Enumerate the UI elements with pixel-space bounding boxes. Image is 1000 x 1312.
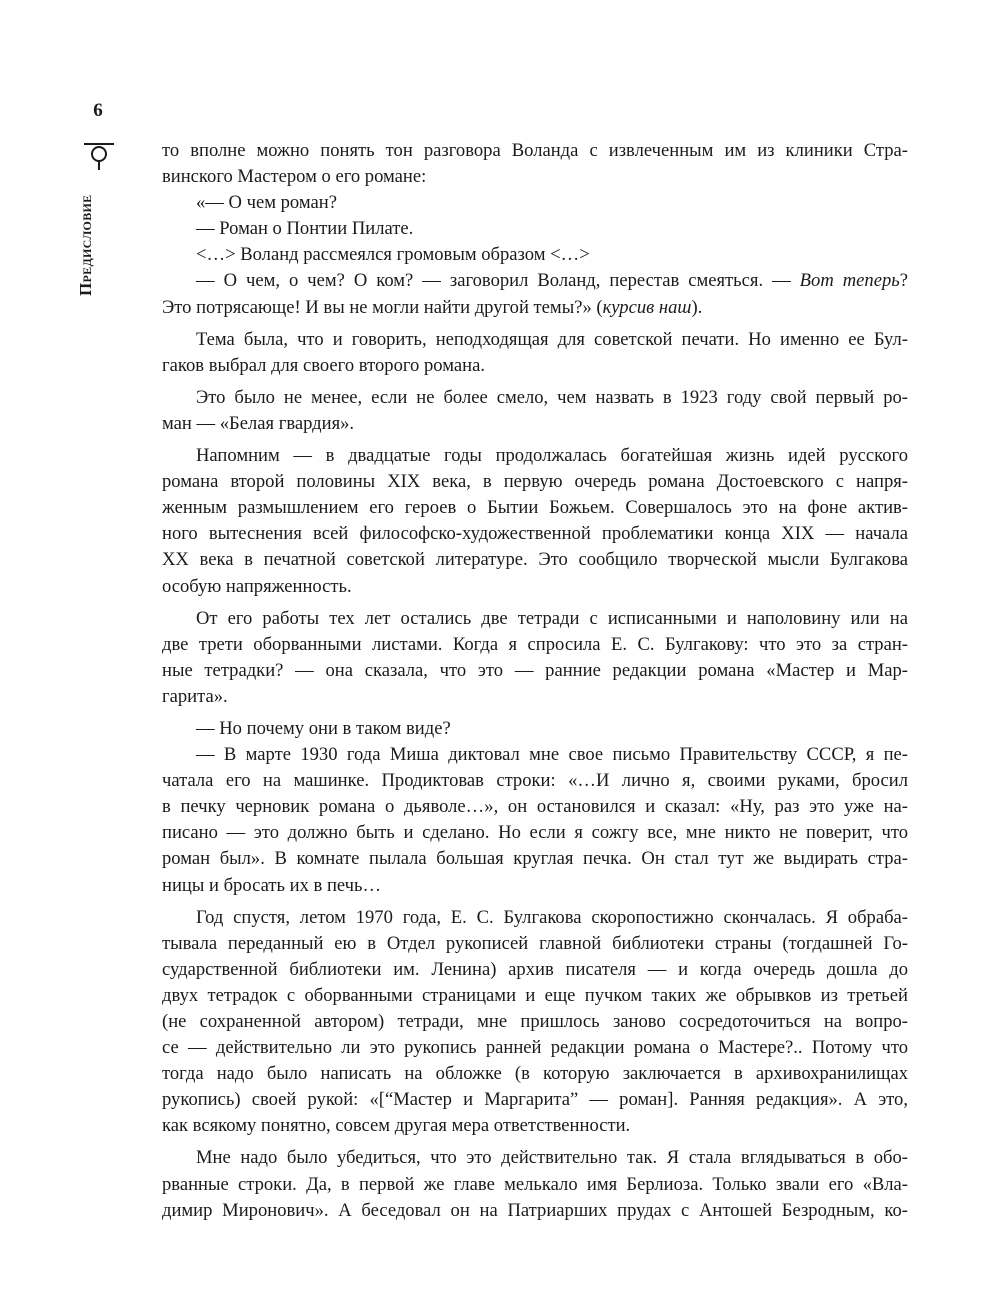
text-line: се — действительно ли это рукопись ранне… — [162, 1035, 908, 1061]
text-line: — Но почему они в таком виде? — [162, 716, 908, 742]
text-line: димир Миронович». А беседовал он на Патр… — [162, 1198, 908, 1224]
paragraph: — В марте 1930 года Миша диктовал мне св… — [162, 742, 908, 899]
text-line: (не сохраненной автором) тетради, мне пр… — [162, 1009, 908, 1035]
text-line: ман — «Белая гвардия». — [162, 411, 908, 437]
text-line: ного вытеснения всей философско-художест… — [162, 521, 908, 547]
text-line: Напомним — в двадцатые годы продолжалась… — [162, 443, 908, 469]
text-line: — В марте 1930 года Миша диктовал мне св… — [162, 742, 908, 768]
text-line: винского Мастером о его романе: — [162, 164, 908, 190]
text-line: — О чем, о чем? О ком? — заговорил Волан… — [162, 268, 908, 294]
text-line: рукопись) своей рукой: «[“Мастер и Марга… — [162, 1087, 908, 1113]
text-line: особую напряженность. — [162, 574, 908, 600]
running-head: Предисловие — [76, 195, 96, 296]
text-line: тывала переданный ею в Отдел рукописей г… — [162, 931, 908, 957]
text-line: ные тетрадки? — она сказала, что это — р… — [162, 658, 908, 684]
text-line: писано — это должно быть и сделано. Но е… — [162, 820, 908, 846]
text-line: Мне надо было убедиться, что это действи… — [162, 1145, 908, 1171]
paragraph: Это было не менее, если не более смело, … — [162, 385, 908, 437]
text-line: как всякому понятно, совсем другая мера … — [162, 1113, 908, 1139]
text-line: «— О чем роман? — [162, 190, 908, 216]
text-line: — Роман о Понтии Пилате. — [162, 216, 908, 242]
text-line: романа второй половины XIX века, в перву… — [162, 469, 908, 495]
text-line: Год спустя, летом 1970 года, Е. С. Булга… — [162, 905, 908, 931]
text-line: две трети оборванными листами. Когда я с… — [162, 632, 908, 658]
text-line: сударственной библиотеки им. Ленина) арх… — [162, 957, 908, 983]
italic-emphasis: курсив наш — [603, 297, 692, 318]
page-number: 6 — [88, 100, 108, 122]
text-line: гаков выбрал для своего второго романа. — [162, 353, 908, 379]
text-line: то вполне можно понять тон разговора Вол… — [162, 138, 908, 164]
text-line: <…> Воланд рассмеялся громовым образом <… — [162, 242, 908, 268]
text-line: XX века в печатной советской литературе.… — [162, 547, 908, 573]
text-line: в печку черновик романа о дьяволе…», он … — [162, 794, 908, 820]
paragraph: — Но почему они в таком виде? — [162, 716, 908, 742]
text-line: чатала его на машинке. Продиктовав строк… — [162, 768, 908, 794]
paragraph: Мне надо было убедиться, что это действи… — [162, 1145, 908, 1223]
text-line: женным размышлением его героев о Бытии Б… — [162, 495, 908, 521]
body-text: то вполне можно понять тон разговора Вол… — [162, 138, 908, 1224]
circle-on-stem-ornament-icon — [82, 140, 116, 180]
paragraph: Напомним — в двадцатые годы продолжалась… — [162, 443, 908, 600]
paragraph: — О чем, о чем? О ком? — заговорил Волан… — [162, 268, 908, 320]
text-line: гарита». — [162, 684, 908, 710]
paragraph: От его работы тех лет остались две тетра… — [162, 606, 908, 710]
paragraph: <…> Воланд рассмеялся громовым образом <… — [162, 242, 908, 268]
paragraph: то вполне можно понять тон разговора Вол… — [162, 138, 908, 190]
text-line: Это было не менее, если не более смело, … — [162, 385, 908, 411]
text-line: рванные строки. Да, в первой же главе ме… — [162, 1172, 908, 1198]
paragraph: «— О чем роман? — [162, 190, 908, 216]
paragraph: — Роман о Понтии Пилате. — [162, 216, 908, 242]
paragraph: Тема была, что и говорить, неподходящая … — [162, 327, 908, 379]
text-line: Тема была, что и говорить, неподходящая … — [162, 327, 908, 353]
text-line: тогда надо было написать на обложке (в к… — [162, 1061, 908, 1087]
italic-emphasis: Вот теперь — [800, 270, 900, 291]
paragraph: Год спустя, летом 1970 года, Е. С. Булга… — [162, 905, 908, 1140]
text-line: роман был». В комнате пылала большая кру… — [162, 846, 908, 872]
text-line: От его работы тех лет остались две тетра… — [162, 606, 908, 632]
text-line: двух тетрадок с оборванными страницами и… — [162, 983, 908, 1009]
text-line: ницы и бросать их в печь… — [162, 873, 908, 899]
text-line: Это потрясающе! И вы не могли найти друг… — [162, 295, 908, 321]
